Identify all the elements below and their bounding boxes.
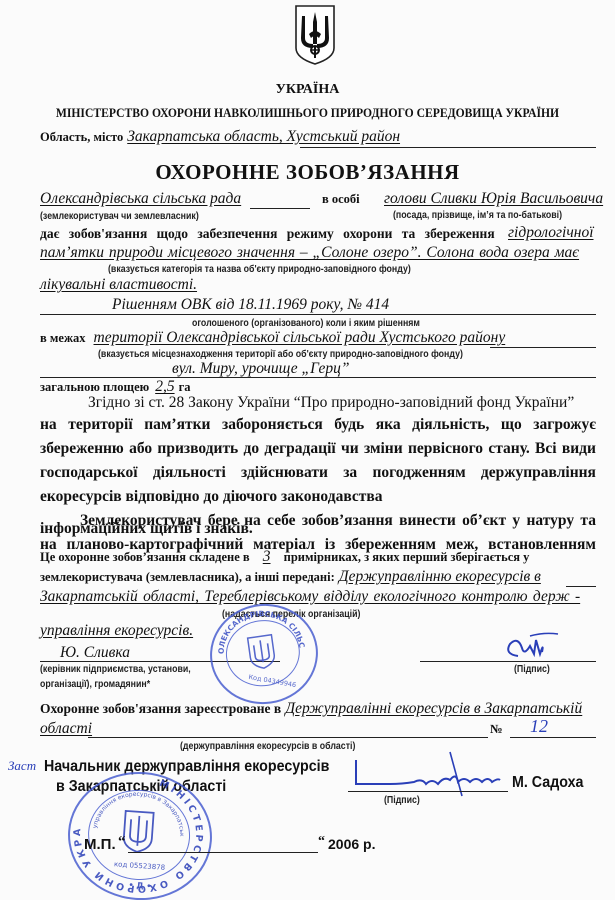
paragraph1-line1: Згідно зі ст. 28 Закону України “Про при… [88, 394, 574, 412]
paragraph2-line3: інформаційних щитів і знаків. [40, 520, 253, 538]
registration-number-label: № [490, 722, 503, 737]
trident-coat-of-arms-icon [293, 4, 337, 66]
location-row: в межах території Олександрівської сільс… [40, 329, 505, 347]
recipients-line-2: Закарпатській області, Тереблерівському … [40, 588, 580, 606]
date-open-quote: “ [118, 834, 126, 851]
region-underline [300, 147, 596, 148]
registration-row: Охоронне зобов'язання зареєстроване в Де… [40, 700, 582, 718]
area-value: 2,5 [155, 378, 174, 395]
signature-caption-1: (Підпис) [514, 664, 550, 675]
svg-text:ОЛЕКСАНДРІВСЬКА СІЛЬСЬКА РАДА: ОЛЕКСАНДРІВСЬКА СІЛЬСЬКА РАДА ХУСТСЬКОГО [206, 600, 307, 662]
registration-caption: (держуправління екоресурсів в області) [180, 741, 355, 752]
in-person-caption: (посада, прізвище, ім’я та по-батькові) [393, 210, 562, 221]
document-page: УКРАЇНА МІНІСТЕРСТВО ОХОРОНИ НАВКОЛИШНЬО… [0, 0, 615, 900]
copies-line2-prefix: землекористувача (землевласника), а інші… [40, 570, 335, 584]
copies-count: 3 [253, 548, 281, 565]
signatory-name: Ю. Сливка [60, 644, 130, 662]
region-value: Закарпатська область, Хустський район [127, 128, 400, 145]
object-caption: (вказується категорія та назва об'єкту п… [108, 264, 411, 275]
registration-number-value: 12 [530, 716, 548, 737]
paragraph1-line4: господарськоїдіяльностіздійснюватизапого… [40, 464, 596, 482]
within-label: в межах [40, 331, 86, 345]
signatory-caption-2: організації), громадянин* [40, 679, 150, 690]
svg-text:код 05523878: код 05523878 [114, 860, 166, 872]
signatory-caption-1: (керівник підприємства, установи, [40, 664, 191, 675]
document-title: ОХОРОННЕ ЗОБОВ’ЯЗАННЯ [0, 160, 615, 185]
paragraph1-line2: натериторіїпам’яткизабороняєтьсябудьякад… [40, 416, 596, 434]
paragraph1-line5: екоресурсів відповідно до діючого законо… [40, 488, 383, 506]
within-underline [490, 347, 596, 348]
address-value: вул. Миру, урочище „Герц” [172, 360, 350, 378]
land-user-underline [250, 208, 310, 209]
svg-text:управління екоресурсів в Закар: управління екоресурсів в Закарпатській о… [68, 769, 189, 837]
registration-value-1: Держуправлінні екоресурсів в Закарпатськ… [285, 700, 582, 717]
land-user-value: Олександрівська сільська рада [40, 190, 241, 208]
object-line-1: гідрологічної [508, 224, 594, 242]
registration-underline [88, 737, 488, 738]
seal-label: М.П. [84, 836, 116, 853]
svg-text:• Д •: • Д • [128, 880, 151, 891]
recipients-underline-1 [566, 586, 596, 587]
ministry-name: МІНІСТЕРСТВО ОХОРОНИ НАВКОЛИШНЬОГО ПРИРО… [22, 106, 594, 121]
date-year: 2006 р. [328, 836, 375, 852]
signature-line-2 [348, 791, 508, 792]
object-line-2: пам’ятки природи місцевого значення – „С… [40, 244, 579, 262]
registration-number-underline [510, 737, 596, 738]
in-person-value: голови Сливки Юрія Васильовича [384, 190, 603, 208]
svg-text:Код 04349946: Код 04349946 [248, 673, 297, 689]
land-user-caption: (землекористувач чи землевласник) [40, 211, 199, 222]
decision-value: Рішенням ОВК від 18.11.1969 року, № 414 [112, 296, 389, 314]
date-underline [128, 852, 318, 853]
copies-row-2: землекористувача (землевласника), а інші… [40, 568, 541, 586]
decision-underline [40, 314, 596, 315]
copies-text-before: Це охоронне зобов’язання складене в [40, 550, 250, 564]
recipients-line-1: Держуправлінню екоресурсів в [339, 568, 541, 585]
in-person-label: в особі [322, 192, 360, 207]
village-council-stamp: ОЛЕКСАНДРІВСЬКА СІЛЬСЬКА РАДА ХУСТСЬКОГО… [204, 597, 325, 711]
area-label: загальною площею [40, 380, 149, 394]
deputy-prefix-handwritten: Заст [8, 758, 36, 774]
signature-mark-1 [500, 630, 570, 664]
head-name: М. Садоха [512, 774, 583, 792]
registration-label: Охоронне зобов'язання зареєстроване в [40, 701, 281, 716]
copies-row: Це охоронне зобов’язання складене в 3 пр… [40, 548, 529, 566]
copies-text-after: примірниках, з яких перший зберігається … [284, 550, 530, 564]
signature-line-1 [420, 661, 596, 662]
within-caption: (вказується місцезнаходження території а… [98, 349, 463, 360]
recipients-line-3: управління екоресурсів. [40, 622, 193, 640]
registration-value-2: області [40, 720, 92, 738]
region-label: Область, місто [40, 130, 123, 144]
date-close-quote: “ [318, 834, 325, 850]
decision-caption: оголошеного (організованого) коли і яким… [192, 318, 420, 329]
object-line-3: лікувальні властивості. [40, 276, 197, 294]
signature-caption-2: (Підпис) [384, 795, 420, 806]
obligation-lead: дає зобов'язання щодо забезпечення режим… [40, 226, 495, 242]
region-row: Область, місто Закарпатська область, Хус… [40, 128, 400, 146]
ministry-stamp: МІНІСТЕРСТВО ОХОРОНИ УКРАЇНИ управління … [64, 767, 217, 900]
within-value: території Олександрівської сільської рад… [94, 329, 506, 346]
paragraph1-line3: збереженнюабопризводитьдодеградаціїчизмі… [40, 440, 596, 458]
country-name: УКРАЇНА [0, 82, 615, 98]
area-unit: га [179, 380, 191, 394]
